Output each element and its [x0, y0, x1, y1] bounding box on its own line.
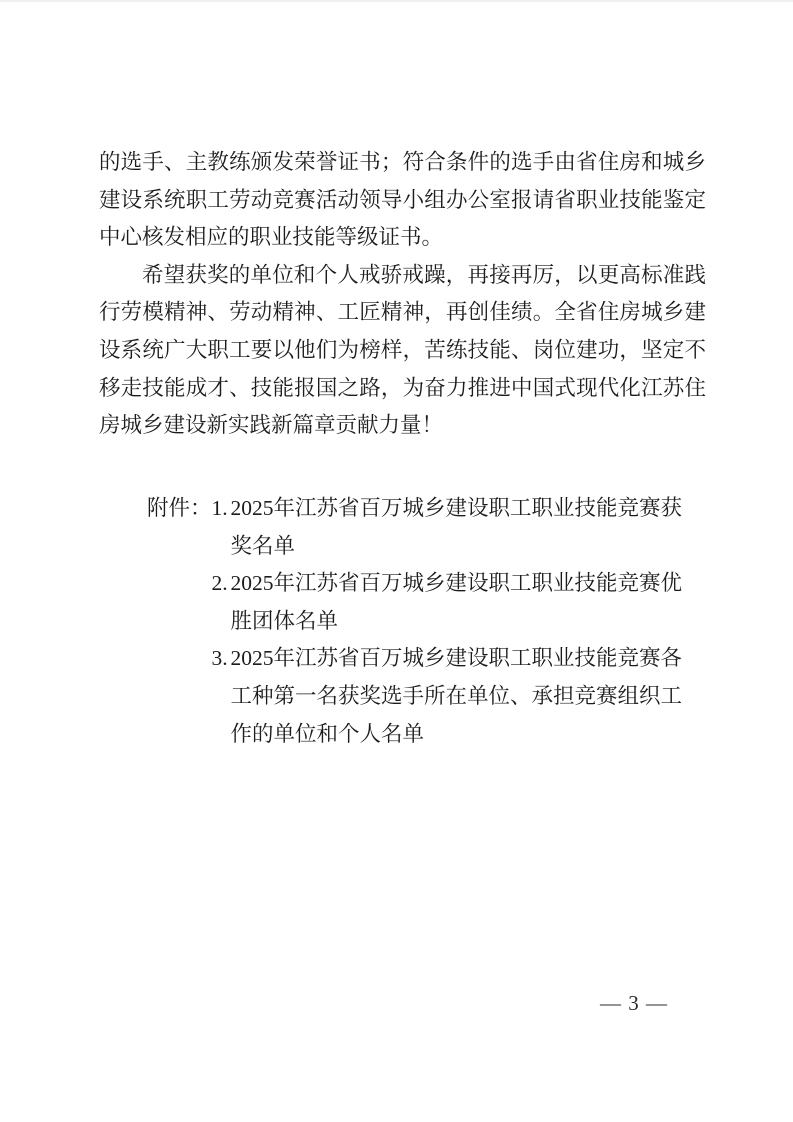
- body-paragraph-1: 的选手、主教练颁发荣誉证书；符合条件的选手由省住房和城乡建设系统职工劳动竞赛活动…: [99, 144, 706, 257]
- document-body: 的选手、主教练颁发荣誉证书；符合条件的选手由省住房和城乡建设系统职工劳动竞赛活动…: [99, 144, 706, 445]
- attachment-item-3-number: 3.: [212, 640, 231, 678]
- attachment-item-3-text: 2025年江苏省百万城乡建设职工职业技能竞赛各工种第一名获奖选手所在单位、承担竞…: [231, 640, 683, 753]
- document-page: 的选手、主教练颁发荣誉证书；符合条件的选手由省住房和城乡建设系统职工劳动竞赛活动…: [0, 0, 793, 1122]
- attachment-item-2: 2. 2025年江苏省百万城乡建设职工职业技能竞赛优胜团体名单: [212, 565, 683, 640]
- attachment-item-1-text: 2025年江苏省百万城乡建设职工职业技能竞赛获奖名单: [231, 490, 683, 565]
- body-paragraph-2: 希望获奖的单位和个人戒骄戒躁，再接再厉，以更高标准践行劳模精神、劳动精神、工匠精…: [99, 257, 706, 445]
- attachment-items: 1. 2025年江苏省百万城乡建设职工职业技能竞赛获奖名单 2. 2025年江苏…: [212, 490, 683, 753]
- attachment-label: 附件：: [147, 490, 212, 528]
- attachment-list: 附件： 1. 2025年江苏省百万城乡建设职工职业技能竞赛获奖名单 2. 202…: [147, 490, 683, 753]
- attachment-item-1: 1. 2025年江苏省百万城乡建设职工职业技能竞赛获奖名单: [212, 490, 683, 565]
- attachment-item-1-number: 1.: [212, 490, 231, 528]
- scan-edge-line: [0, 0, 793, 2]
- attachment-item-2-number: 2.: [212, 565, 231, 603]
- page-number: — 3 —: [600, 991, 668, 1015]
- attachment-item-3: 3. 2025年江苏省百万城乡建设职工职业技能竞赛各工种第一名获奖选手所在单位、…: [212, 640, 683, 753]
- attachment-item-2-text: 2025年江苏省百万城乡建设职工职业技能竞赛优胜团体名单: [231, 565, 683, 640]
